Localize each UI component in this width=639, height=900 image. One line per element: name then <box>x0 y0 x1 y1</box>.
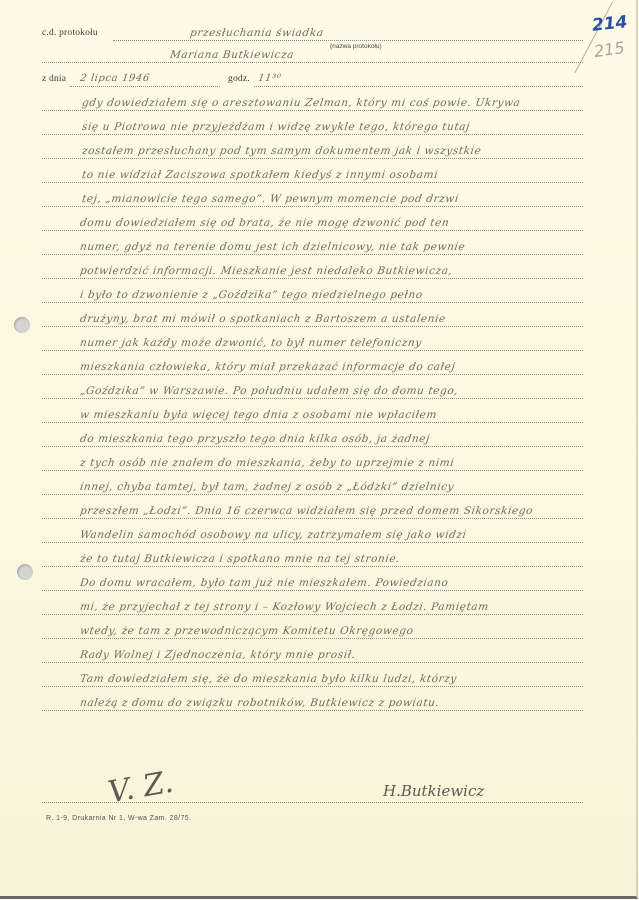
ruled-line <box>42 206 583 207</box>
ruled-line <box>42 398 583 399</box>
ruled-line <box>42 278 583 279</box>
punch-hole-top <box>14 317 30 333</box>
date-label: z dnia <box>42 74 66 84</box>
body-line: innej, chyba tamtej, był tam, żadnej z o… <box>79 480 581 494</box>
page-number: 214 <box>591 12 628 36</box>
ruled-line <box>42 158 583 159</box>
ruled-line <box>42 422 583 423</box>
ruled-line <box>42 662 583 663</box>
hour-label: godz. <box>228 74 250 84</box>
body-line: numer, gdyż na terenie domu jest ich dzi… <box>79 240 581 254</box>
body-line: to nie widział Zaciszowa spotkałem kiedy… <box>81 168 583 182</box>
ruled-line <box>42 518 583 519</box>
body-line: domu dowiedziałem się od brata, że nie m… <box>79 216 561 230</box>
body-line: mieszkania człowieka, który miał przekaz… <box>79 360 581 374</box>
body-line: gdy dowiedziałem się o aresztowaniu Zelm… <box>81 96 583 110</box>
witness-name-line <box>42 62 583 63</box>
document-page: 214 215 c.d. protokołu przesłuchania świ… <box>0 0 638 899</box>
ruled-line <box>42 494 583 495</box>
body-line: wtedy, że tam z przewodniczącym Komitetu… <box>79 624 581 638</box>
date-text: 2 lipca 1946 <box>79 72 201 86</box>
ruled-line <box>42 614 583 615</box>
ruled-line <box>42 302 583 303</box>
ruled-line <box>42 638 583 639</box>
hour-line <box>254 86 583 87</box>
protocol-label: c.d. protokołu <box>42 28 98 38</box>
body-line: należą z domu do związku robotników, But… <box>79 696 581 710</box>
ruled-line <box>42 566 583 567</box>
ruled-line <box>42 446 583 447</box>
hour-text: 11³⁰ <box>257 72 299 86</box>
date-line <box>70 86 220 87</box>
body-line: Rady Wolnej i Zjednoczenia, który mnie p… <box>79 648 521 662</box>
printer-imprint: R. 1-9, Drukarnia Nr 1, W-wa Zam. 28/75. <box>46 815 191 822</box>
body-line: drużyny, brat mi mówił o spotkaniach z B… <box>79 312 581 326</box>
body-line: Do domu wracałem, było tam już nie miesz… <box>79 576 581 590</box>
body-line: że to tutaj Butkiewicza i spotkano mnie … <box>79 552 571 566</box>
ruled-line <box>42 590 583 591</box>
body-line: Tam dowiedziałem się, że do mieszkania b… <box>79 672 581 686</box>
body-line: z tych osób nie znałem do mieszkania, że… <box>79 456 571 470</box>
body-line: do mieszkania tego przyszło tego dnia ki… <box>79 432 551 446</box>
ruled-line <box>42 326 583 327</box>
body-line: mi, że przyjechał z tej strony i – Kozło… <box>79 600 581 614</box>
ruled-line <box>42 470 583 471</box>
ruled-line <box>42 542 583 543</box>
witness-name-text: Mariana Butkiewicza <box>169 48 391 62</box>
body-line: numer jak każdy może dzwonić, to był num… <box>79 336 571 350</box>
punch-hole-bottom <box>17 564 33 580</box>
body-line: tej, „mianowicie tego samego”. W pewnym … <box>81 192 553 206</box>
body-line: przeszłem „Łodzi”. Dnia 16 czerwca widzi… <box>79 504 581 518</box>
body-line: potwierdzić informacji. Mieszkanie jest … <box>79 264 581 278</box>
protocol-name-text: przesłuchania świadka <box>189 26 391 40</box>
signature-left: V. Z. <box>105 765 175 811</box>
ruled-line <box>42 710 583 711</box>
ruled-line <box>42 134 583 135</box>
body-line: zostałem przesłuchany pod tym samym doku… <box>81 144 583 158</box>
ruled-line <box>42 110 583 111</box>
body-line: „Goździka” w Warszawie. Po południu udał… <box>79 384 581 398</box>
signature-right: H.Butkiewicz <box>383 782 484 800</box>
ruled-line <box>42 182 583 183</box>
page-number-crossed: 215 <box>593 38 626 61</box>
ruled-line <box>42 374 583 375</box>
body-line: w mieszkaniu była więcej tego dnia z oso… <box>79 408 561 422</box>
body-line: Wandelin samochód osobowy na ulicy, zatr… <box>79 528 581 542</box>
ruled-line <box>42 230 583 231</box>
protocol-name-line <box>113 40 583 41</box>
body-line: i było to dzwonienie z „Goździka” tego n… <box>79 288 581 302</box>
body-line: się u Piotrowa nie przyjeżdżam i widzę z… <box>81 120 583 134</box>
ruled-line <box>42 686 583 687</box>
ruled-line <box>42 350 583 351</box>
ruled-line <box>42 254 583 255</box>
